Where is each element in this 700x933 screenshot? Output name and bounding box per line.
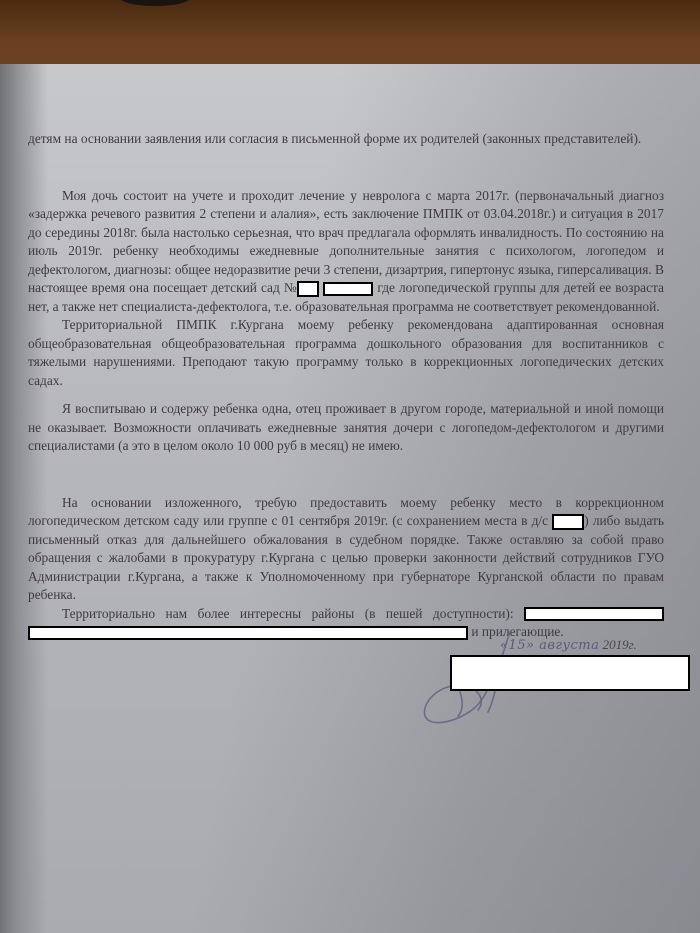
paragraph-text: Моя дочь состоит на учете и проходит леч… [28,188,664,296]
handwritten-date: «15» августа [500,638,599,653]
signature-block: «15» августа 2019г. [400,620,700,740]
desk-background [0,0,700,70]
paragraph-medical-history: Моя дочь состоит на учете и проходит леч… [28,187,664,317]
paragraph-text: Территориально нам более интересны район… [62,606,524,621]
paragraph-single-parent: Я воспитываю и содержу ребенка одна, оте… [28,400,664,456]
letter-body: детям на основании заявления или согласи… [28,130,664,642]
redaction-box-name [450,655,690,691]
redaction-box [323,282,373,296]
paper-sheet: детям на основании заявления или согласи… [0,64,700,933]
paragraph-intro-continuation: детям на основании заявления или согласи… [28,130,664,149]
desk-object [120,0,190,6]
date-year: 2019г. [603,637,637,652]
signature-date: «15» августа 2019г. [500,637,637,653]
paragraph-pmpk-recommendation: Территориальной ПМПК г.Кургана моему реб… [28,316,664,390]
redaction-box [552,514,584,530]
redaction-box [297,281,319,297]
paragraph-demand: На основании изложенного, требую предост… [28,494,664,605]
